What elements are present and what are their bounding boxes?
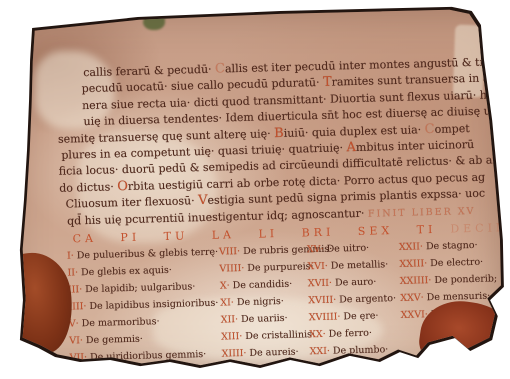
chapter-title: De ferro·: [329, 328, 372, 340]
chapter-numeral: XI·: [220, 297, 234, 308]
chapter-numeral: I·: [67, 250, 74, 261]
chapter-title: De signis·: [431, 308, 479, 320]
chapter-numeral: XXII·: [399, 241, 423, 253]
text-segment: mbitus inter uicinorū: [356, 138, 475, 154]
chapter-title: De metallis·: [331, 259, 389, 271]
text-segment: do dictus·: [59, 180, 117, 195]
chapter-numeral: XXV·: [400, 292, 424, 304]
chapter-numeral: XIIII·: [222, 348, 247, 360]
chapter-title: De argento·: [339, 293, 396, 305]
text-segment: ompet: [434, 122, 469, 136]
chapter-title: De uariis·: [241, 313, 288, 325]
chapter-numeral: XVIII·: [308, 295, 336, 307]
chapter-numeral: XV·: [307, 244, 324, 255]
chapter-title: De gemmis·: [86, 334, 143, 346]
chapter-title: De marmoribus·: [82, 316, 160, 329]
rubric-segment: B: [274, 126, 284, 141]
rubric-segment: FINIT LIBER XV: [368, 206, 476, 220]
capitula-entry: [401, 321, 507, 341]
text-segment: ramites sunt transuersa in agr: [331, 72, 501, 89]
chapter-numeral: V·: [69, 318, 79, 329]
text-segment: iuiū· quia duplex est uia·: [284, 123, 425, 140]
chapter-numeral: XIII·: [221, 331, 242, 343]
chapter-title: De auro·: [335, 277, 377, 289]
text-segment: callis ferarū & pecudū·: [83, 63, 215, 79]
chapter-numeral: II·: [67, 267, 78, 278]
chapter-numeral: IIII·: [68, 301, 86, 312]
capitula-entry: XXV·De mensuris·: [400, 287, 506, 307]
rubric-segment: A: [346, 140, 356, 155]
photograph-of-manuscript: callis ferarū & pecudū· Callis est iter …: [0, 0, 510, 379]
chapter-numeral: XVI·: [307, 261, 328, 273]
chapter-numeral: XXVI·: [401, 309, 428, 321]
chapter-numeral: XXIII·: [399, 258, 427, 270]
chapter-title: De candidis·: [233, 279, 293, 292]
chapter-title: De electro·: [430, 257, 483, 269]
chapter-numeral: XII·: [221, 314, 239, 325]
chapter-numeral: XX·: [309, 329, 326, 340]
chapter-title: De cristallinis·: [245, 329, 315, 342]
rubric-segment: O: [117, 179, 128, 194]
capitula-list: I·De pulueribus & glebis terrę·VIII·De r…: [61, 236, 508, 367]
heading-faded-text: DECIMI: [450, 221, 510, 236]
worm-hole: [18, 81, 29, 95]
chapter-title: De lapidib; uulgaribus·: [85, 281, 195, 295]
incipit-right: terris & glebis: [322, 359, 411, 372]
chapter-title: De plumbo·: [333, 344, 389, 356]
chapter-title: De mensuris·: [427, 291, 491, 304]
parchment-surface: callis ferarū & pecudū· Callis est iter …: [3, 3, 507, 376]
capitula-entry: XXI·De plumbo·: [309, 341, 401, 360]
main-text: callis ferarū & pecudū· Callis est iter …: [56, 54, 504, 231]
green-smudge: [143, 13, 165, 30]
chapter-numeral: VIIII·: [219, 263, 244, 275]
capitula-entry: [401, 338, 507, 358]
rubric-segment: V: [198, 193, 208, 208]
chapter-numeral: XXIIII·: [400, 275, 432, 287]
text-block: callis ferarū & pecudū· Callis est iter …: [56, 54, 508, 379]
chapter-title: De ponderib;: [434, 273, 497, 286]
chapter-numeral: XXI·: [310, 346, 331, 358]
chapter-numeral: III·: [68, 284, 83, 295]
chapter-title: De uitro·: [326, 243, 369, 255]
chapter-title: De stagno·: [426, 240, 478, 252]
chapter-numeral: VIII·: [219, 246, 240, 258]
chapter-title: De lapidibus insignioribus·: [89, 298, 218, 312]
manuscript-fragment: callis ferarū & pecudū· Callis est iter …: [0, 0, 510, 379]
chapter-numeral: X·: [220, 280, 230, 291]
capitula-entry: XIIII·De aureis·: [221, 343, 309, 362]
chapter-numeral: XVIIII·: [309, 312, 341, 324]
chapter-numeral: VI·: [69, 335, 83, 346]
chapter-title: De glebis ex aquis·: [81, 265, 172, 278]
incipit-left: Incipit liber: [100, 365, 173, 378]
chapter-title: De pulueribus & glebis terrę·: [77, 247, 219, 262]
chapter-title: De ęre·: [343, 311, 378, 323]
text-segment: Cliuosum iter flexuosū·: [66, 194, 199, 210]
chapter-title: De aureis·: [249, 347, 298, 359]
rubric-segment: C: [425, 122, 435, 137]
chapter-title: De purpureis·: [247, 261, 314, 274]
chapter-numeral: VII·: [70, 352, 88, 363]
chapter-title: De nigris·: [237, 296, 284, 308]
chapter-title: De uiridioribus gemmis·: [90, 349, 206, 363]
chapter-numeral: XVII·: [308, 278, 332, 290]
rubric-segment: C: [215, 61, 225, 76]
